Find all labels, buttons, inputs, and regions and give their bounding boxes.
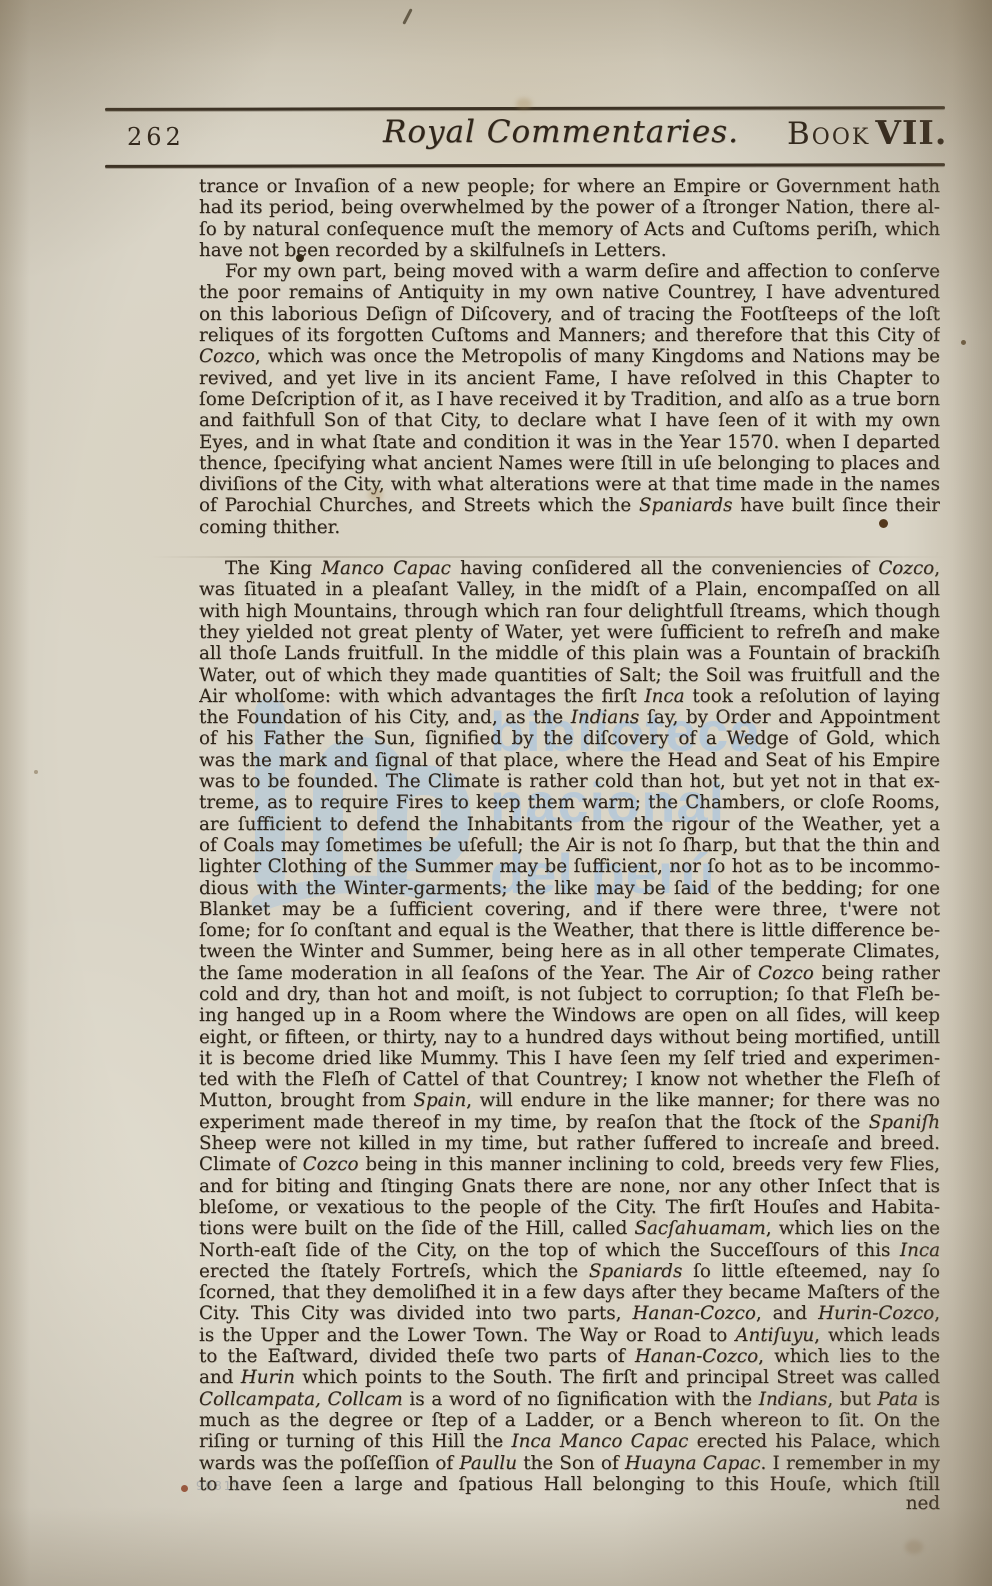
- italic-text: Cozco: [303, 1154, 359, 1175]
- roman-text: the Foundation of his City, and, as the: [199, 707, 571, 728]
- roman-text: ſcorned, that they demoliſhed it in a fe…: [199, 1282, 940, 1303]
- roman-text: , will endure in the like manner; for th…: [466, 1090, 940, 1111]
- roman-text: Water, out of which they made quantities…: [199, 665, 940, 686]
- text-line: and Hurin which points to the South. The…: [199, 1367, 940, 1388]
- italic-text: Inca: [644, 686, 684, 707]
- text-line: bleſome, or vexatious to the people of t…: [199, 1197, 940, 1218]
- book-word: Book: [787, 116, 870, 152]
- roman-text: Climate of: [199, 1154, 303, 1175]
- roman-text: of his Father the Sun, ſignified by the …: [199, 728, 940, 749]
- text-line: the ſame moderation in all ſeaſons of th…: [199, 963, 940, 984]
- book-number: VII.: [875, 113, 947, 152]
- text-line: coming thither.: [199, 517, 940, 538]
- roman-text: The King: [225, 558, 321, 579]
- text-line: Cozco, which was once the Metropolis of …: [199, 346, 940, 367]
- roman-text: trance or Invaſion of a new people; for …: [199, 176, 940, 197]
- italic-text: Hurin: [241, 1367, 295, 1388]
- text-line: lighter Clothing of the Summer may be ſu…: [199, 856, 940, 877]
- roman-text: ſay, by Order and Appointment: [639, 707, 940, 728]
- text-line: diviſions of the City, with what alterat…: [199, 474, 940, 495]
- text-line: For my own part, being moved with a warm…: [199, 261, 940, 282]
- roman-text: North-eaſt ſide of the City, on the top …: [199, 1240, 900, 1261]
- roman-text: much as the degree or ſtep of a Ladder, …: [199, 1410, 940, 1431]
- roman-text: , which lies on the: [766, 1218, 940, 1239]
- paragraph: trance or Invaſion of a new people; for …: [199, 176, 940, 261]
- text-line: Blanket may be a ſufficient covering, an…: [199, 899, 940, 920]
- italic-text: Antiſuyu: [735, 1325, 814, 1346]
- text-line: wards was the poſſeſſion of Paullu the S…: [199, 1453, 940, 1474]
- italic-text: Indians: [759, 1389, 828, 1410]
- ink-speck: [181, 1485, 188, 1492]
- roman-text: have not been recorded by a skilfulneſs …: [199, 240, 667, 261]
- italic-text: Manco Capac: [321, 558, 451, 579]
- roman-text: ing hanged up in a Room where the Window…: [199, 1005, 940, 1026]
- roman-text: had its period, being overwhelmed by the…: [199, 197, 940, 218]
- roman-text: being rather: [814, 963, 940, 984]
- text-line: ſome Deſcription of it, as I have receiv…: [199, 389, 940, 410]
- roman-text: is the Upper and the Lower Town. The Way…: [199, 1325, 735, 1346]
- roman-text: eight, or fifteen, or thirty, nay to a h…: [199, 1027, 940, 1048]
- text-line: eight, or fifteen, or thirty, nay to a h…: [199, 1027, 940, 1048]
- book-label: Book VII.: [787, 113, 947, 152]
- roman-text: and: [199, 1367, 241, 1388]
- roman-text: wards was the poſſeſſion of: [199, 1453, 459, 1474]
- foxing-spot: [368, 488, 383, 501]
- text-line: experiment made thereof in my time, by r…: [199, 1112, 940, 1133]
- italic-text: Cozco: [878, 558, 934, 579]
- text-line: was to be founded. The Climate is rather…: [199, 771, 940, 792]
- text-line: and faithfull Son of that City, to decla…: [199, 410, 940, 431]
- roman-text: and for biting and ſtinging Gnats there …: [199, 1176, 940, 1197]
- ink-speck: [879, 519, 888, 528]
- roman-text: dious with the Winter-garments; the like…: [199, 878, 940, 899]
- roman-text: to have ſeen a large and ſpatious Hall b…: [199, 1474, 940, 1495]
- text-line: and for biting and ſtinging Gnats there …: [199, 1176, 940, 1197]
- roman-text: it is become dried like Mummy. This I ha…: [199, 1048, 940, 1069]
- text-line: of Parochial Churches, and Streets which…: [199, 495, 940, 516]
- roman-text: they yielded not great plenty of Water, …: [199, 622, 940, 643]
- ink-speck: [296, 254, 304, 262]
- roman-text: ſome Deſcription of it, as I have receiv…: [199, 389, 940, 410]
- text-line: are ſufficient to defend the Inhabitants…: [199, 814, 940, 835]
- roman-text: to the Eaſtward, divided theſe two parts…: [199, 1346, 635, 1367]
- roman-text: reliques of its forgotten Cuſtoms and Ma…: [199, 325, 940, 346]
- roman-text: revived, and yet live in its ancient Fam…: [199, 368, 940, 389]
- foxing-spot: [905, 1540, 923, 1554]
- roman-text: , which was once the Metropolis of many …: [255, 346, 940, 367]
- roman-text: tween the Winter and Summer, being here …: [199, 941, 940, 962]
- text-line: cold and dry, than hot and moiſt, is not…: [199, 984, 940, 1005]
- roman-text: erected the ſtately Fortreſs, which the: [199, 1261, 589, 1282]
- ink-speck: [34, 770, 38, 774]
- italic-text: Cozco: [758, 963, 814, 984]
- roman-text: coming thither.: [199, 517, 340, 538]
- text-line: they yielded not great plenty of Water, …: [199, 622, 940, 643]
- roman-text: of Coals may ſometimes be uſefull; the A…: [199, 835, 940, 856]
- text-line: all thoſe Lands fruitfull. In the middle…: [199, 643, 940, 664]
- italic-text: Hanan-Cozco: [635, 1346, 758, 1367]
- text-line: is the Upper and the Lower Town. The Way…: [199, 1325, 940, 1346]
- text-line: of Coals may ſometimes be uſefull; the A…: [199, 835, 940, 856]
- roman-text: the poor remains of Antiquity in my own …: [199, 282, 940, 303]
- text-line: City. This City was divided into two par…: [199, 1303, 940, 1324]
- text-line: Mutton, brought from Spain, will endure …: [199, 1090, 940, 1111]
- ink-speck: [961, 340, 966, 345]
- text-line: riſing or turning of this Hill the Inca …: [199, 1431, 940, 1452]
- roman-text: tions were built on the ſide of the Hill…: [199, 1218, 634, 1239]
- page-header: 262 Royal Commentaries. Book VII.: [0, 0, 992, 170]
- roman-text: experiment made thereof in my time, by r…: [199, 1112, 869, 1133]
- roman-text: treme, as to require Fires to keep them …: [199, 792, 940, 813]
- roman-text: the Son of: [517, 1453, 625, 1474]
- roman-text: , but: [827, 1389, 877, 1410]
- text-line: to have ſeen a large and ſpatious Hall b…: [199, 1474, 940, 1495]
- roman-text: all thoſe Lands fruitfull. In the middle…: [199, 643, 940, 664]
- text-line: treme, as to require Fires to keep them …: [199, 792, 940, 813]
- text-line: reliques of its forgotten Cuſtoms and Ma…: [199, 325, 940, 346]
- text-line: erected the ſtately Fortreſs, which the …: [199, 1261, 940, 1282]
- roman-text: ted with the Fleſh of Cattel of that Cou…: [199, 1069, 940, 1090]
- roman-text: Blanket may be a ſufficient covering, an…: [199, 899, 940, 920]
- roman-text: Air wholſome: with which advantages the …: [199, 686, 644, 707]
- text-line: The King Manco Capac having conſidered a…: [199, 558, 940, 579]
- roman-text: Mutton, brought from: [199, 1090, 413, 1111]
- roman-text: have built ſince their: [732, 495, 940, 516]
- roman-text: City. This City was divided into two par…: [199, 1303, 632, 1324]
- roman-text: bleſome, or vexatious to the people of t…: [199, 1197, 940, 1218]
- text-line: ſo by natural conſequence muſt the memor…: [199, 219, 940, 240]
- roman-text: the ſame moderation in all ſeaſons of th…: [199, 963, 758, 984]
- italic-text: Inca: [900, 1240, 940, 1261]
- running-title: Royal Commentaries.: [383, 114, 739, 150]
- roman-text: riſing or turning of this Hill the: [199, 1431, 511, 1452]
- italic-text: Indians: [571, 707, 640, 728]
- roman-text: ſome; for ſo conſtant and equal is the W…: [199, 920, 940, 941]
- text-line: North-eaſt ſide of the City, on the top …: [199, 1240, 940, 1261]
- text-line: Air wholſome: with which advantages the …: [199, 686, 940, 707]
- italic-text: Spaniards: [639, 495, 732, 516]
- text-line: have not been recorded by a skilfulneſs …: [199, 240, 940, 261]
- roman-text: having conſidered all the conveniencies …: [451, 558, 878, 579]
- roman-text: was to be founded. The Climate is rather…: [199, 771, 940, 792]
- text-line: Sheep were not killed in my time, but ra…: [199, 1133, 940, 1154]
- page-number: 262: [127, 123, 185, 151]
- paragraph: For my own part, being moved with a warm…: [199, 261, 940, 538]
- text-line: the poor remains of Antiquity in my own …: [199, 282, 940, 303]
- roman-text: are ſufficient to defend the Inhabitants…: [199, 814, 940, 835]
- paragraph: The King Manco Capac having conſidered a…: [199, 558, 940, 1495]
- foxing-spot: [646, 1214, 658, 1224]
- italic-text: Collcampata, Collcam: [199, 1389, 403, 1410]
- text-line: had its period, being overwhelmed by the…: [199, 197, 940, 218]
- italic-text: Hanan-Cozco: [632, 1303, 755, 1324]
- body-text: trance or Invaſion of a new people; for …: [199, 176, 940, 1495]
- roman-text: , and: [756, 1303, 818, 1324]
- text-line: Collcampata, Collcam is a word of no ſig…: [199, 1389, 940, 1410]
- text-line: tween the Winter and Summer, being here …: [199, 941, 940, 962]
- roman-text: and faithfull Son of that City, to decla…: [199, 410, 940, 431]
- text-line: Climate of Cozco being in this manner in…: [199, 1154, 940, 1175]
- text-line: tions were built on the ſide of the Hill…: [199, 1218, 940, 1239]
- italic-text: Pata: [877, 1389, 918, 1410]
- foxing-spot: [516, 98, 532, 110]
- text-line: it is become dried like Mummy. This I ha…: [199, 1048, 940, 1069]
- roman-text: ſo by natural conſequence muſt the memor…: [199, 219, 940, 240]
- accession-stamp: 908191: [196, 1479, 251, 1493]
- roman-text: which points to the South. The firſt and…: [295, 1367, 940, 1388]
- roman-text: of Parochial Churches, and Streets which…: [199, 495, 639, 516]
- roman-text: For my own part, being moved with a warm…: [225, 261, 940, 282]
- text-line: ſcorned, that they demoliſhed it in a fe…: [199, 1282, 940, 1303]
- roman-text: Eyes, and in what ſtate and condition it…: [199, 432, 940, 453]
- roman-text: Sheep were not killed in my time, but ra…: [199, 1133, 940, 1154]
- text-line: of his Father the Sun, ſignified by the …: [199, 728, 940, 749]
- text-line: revived, and yet live in its ancient Fam…: [199, 368, 940, 389]
- roman-text: diviſions of the City, with what alterat…: [199, 474, 940, 495]
- text-line: was the mark and ſignal of that place, w…: [199, 750, 940, 771]
- italic-text: Spaniſh: [869, 1112, 940, 1133]
- italic-text: Paullu: [459, 1453, 517, 1474]
- text-line: thence, ſpecifying what ancient Names we…: [199, 453, 940, 474]
- roman-text: being in this manner inclining to cold, …: [359, 1154, 941, 1175]
- text-line: was ſituated in a pleaſant Valley, in th…: [199, 579, 940, 600]
- italic-text: Spaniards: [589, 1261, 682, 1282]
- text-line: much as the degree or ſtep of a Ladder, …: [199, 1410, 940, 1431]
- roman-text: cold and dry, than hot and moiſt, is not…: [199, 984, 940, 1005]
- roman-text: is a word of no ſignification with the: [403, 1389, 759, 1410]
- roman-text: , which leads: [814, 1325, 940, 1346]
- text-line: the Foundation of his City, and, as the …: [199, 707, 940, 728]
- roman-text: was ſituated in a pleaſant Valley, in th…: [199, 579, 940, 600]
- catchword: ned: [199, 1493, 940, 1514]
- italic-text: Spain: [413, 1090, 466, 1111]
- text-line: on this laborious Deſign of Diſcovery, a…: [199, 304, 940, 325]
- text-line: Water, out of which they made quantities…: [199, 665, 940, 686]
- book-page-scan: 262 Royal Commentaries. Book VII. biblio…: [0, 0, 992, 1586]
- roman-text: with high Mountains, through which ran f…: [199, 601, 940, 622]
- roman-text: on this laborious Deſign of Diſcovery, a…: [199, 304, 940, 325]
- italic-text: Huayna Capac: [625, 1453, 761, 1474]
- text-line: ted with the Fleſh of Cattel of that Cou…: [199, 1069, 940, 1090]
- text-line: dious with the Winter-garments; the like…: [199, 878, 940, 899]
- roman-text: took a reſolution of laying: [685, 686, 940, 707]
- text-line: trance or Invaſion of a new people; for …: [199, 176, 940, 197]
- roman-text: lighter Clothing of the Summer may be ſu…: [199, 856, 940, 877]
- text-line: to the Eaſtward, divided theſe two parts…: [199, 1346, 940, 1367]
- italic-text: Hurin-Cozco: [818, 1303, 934, 1324]
- roman-text: was the mark and ſignal of that place, w…: [199, 750, 940, 771]
- text-line: ing hanged up in a Room where the Window…: [199, 1005, 940, 1026]
- text-line: with high Mountains, through which ran f…: [199, 601, 940, 622]
- italic-text: Inca Manco Capac: [511, 1431, 688, 1452]
- text-line: Eyes, and in what ſtate and condition it…: [199, 432, 940, 453]
- text-line: ſome; for ſo conſtant and equal is the W…: [199, 920, 940, 941]
- italic-text: Cozco: [199, 346, 255, 367]
- roman-text: thence, ſpecifying what ancient Names we…: [199, 453, 940, 474]
